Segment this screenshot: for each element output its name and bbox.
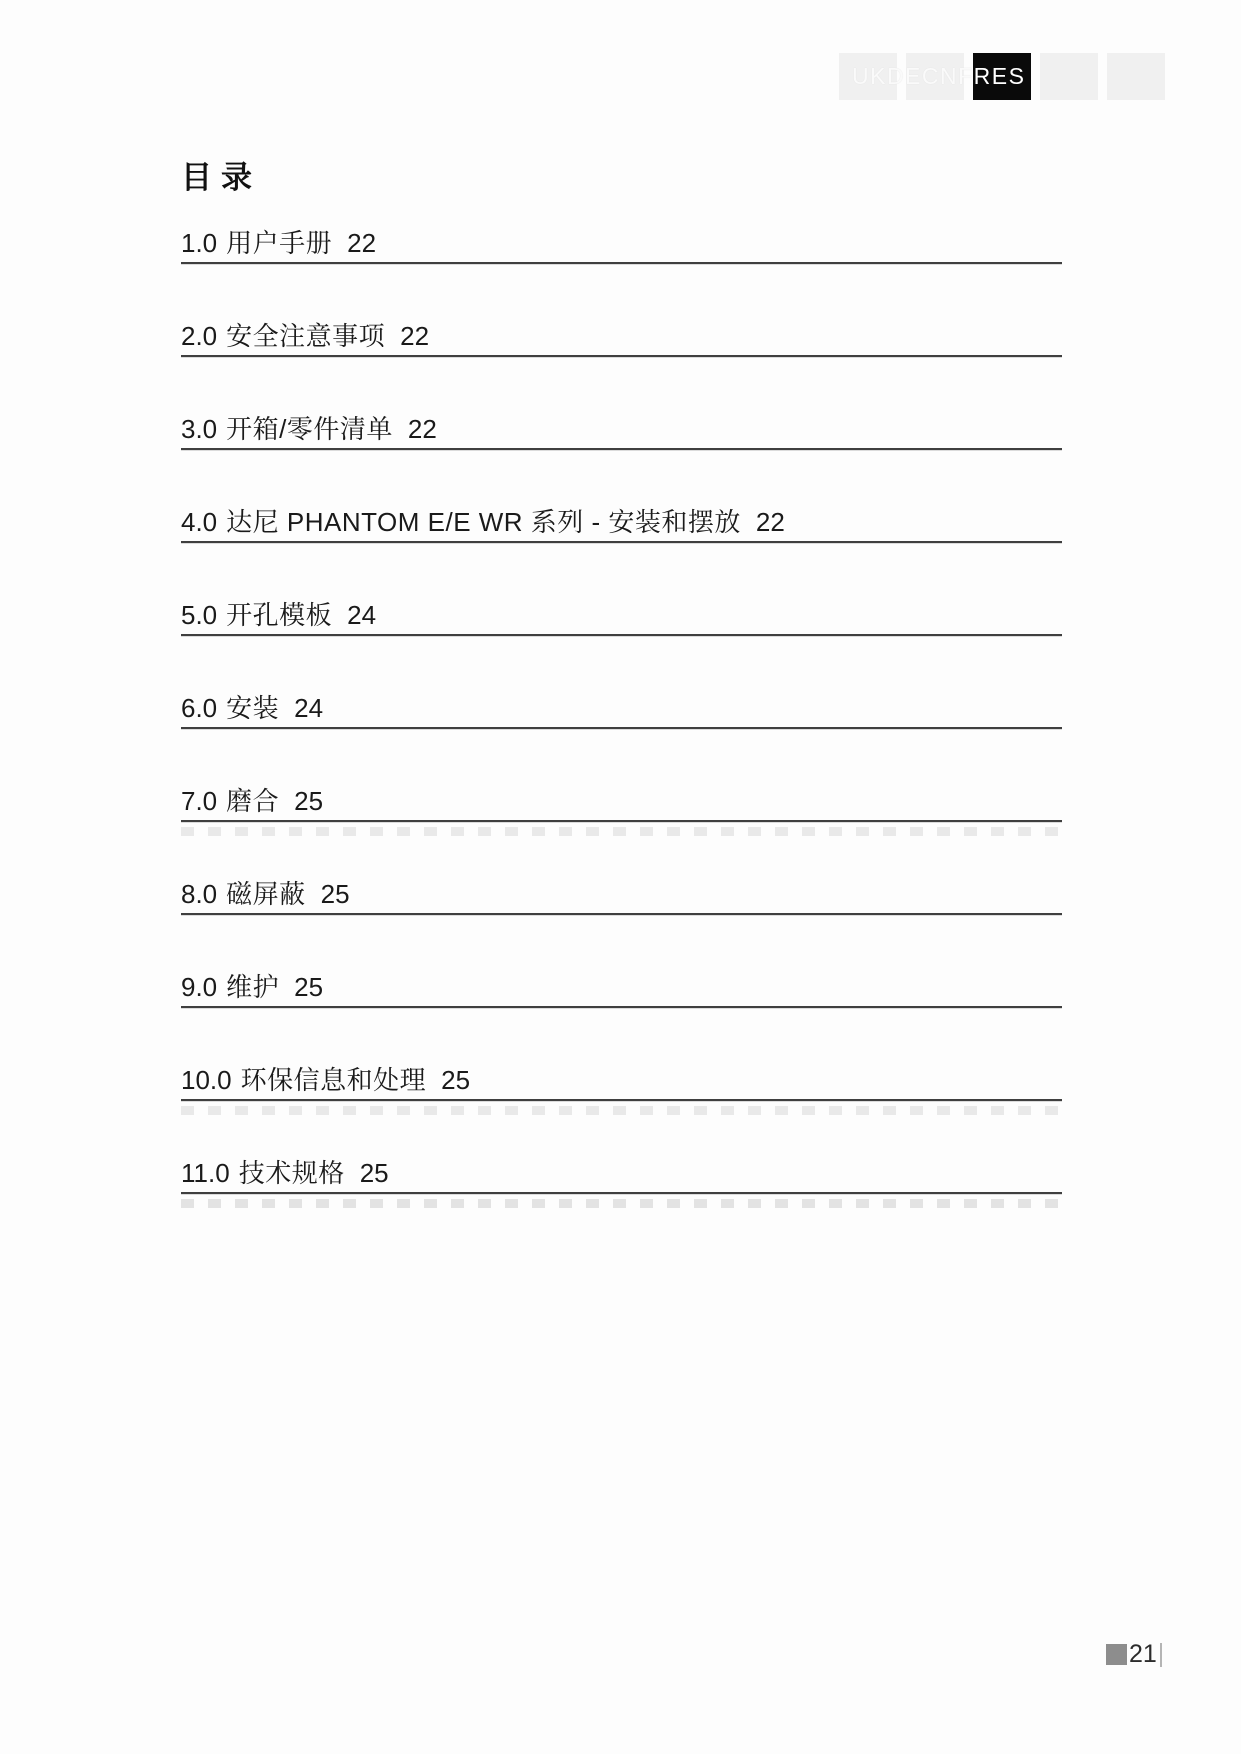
toc-entry-number: 7.0: [181, 786, 217, 816]
toc-entry: 7.0磨合25: [181, 784, 1062, 877]
toc-entry-number: 10.0: [181, 1065, 232, 1095]
toc-entry-number: 2.0: [181, 321, 217, 351]
toc-entry-title: 安全注意事项: [226, 321, 385, 351]
language-tab-fr: [1040, 53, 1098, 100]
toc-entry-text: 3.0开箱/零件清单22: [181, 412, 1062, 446]
page-footer: 21: [1106, 1642, 1162, 1667]
toc-entry-page: 24: [294, 693, 323, 723]
toc-rule: [181, 820, 1062, 822]
toc-entry: 2.0安全注意事项22: [181, 319, 1062, 412]
toc-entry-text: 8.0磁屏蔽25: [181, 877, 1062, 911]
toc-entry-number: 11.0: [181, 1158, 230, 1188]
language-tab-uk: [839, 53, 897, 100]
language-tab-de: [906, 53, 964, 100]
toc-entry: 9.0维护25: [181, 970, 1062, 1063]
toc-rule: [181, 355, 1062, 357]
toc-entry-title: 开箱/零件清单: [226, 414, 393, 444]
toc-entry: 5.0开孔模板24: [181, 598, 1062, 691]
language-tab-cn: [973, 53, 1031, 100]
toc-entry: 8.0磁屏蔽25: [181, 877, 1062, 970]
toc-rule: [181, 541, 1062, 543]
toc-entry-page: 25: [441, 1065, 470, 1095]
toc-entry-page: 22: [408, 414, 437, 444]
toc-entry-text: 11.0技术规格25: [181, 1156, 1062, 1190]
toc-entry-text: 6.0安装24: [181, 691, 1062, 725]
toc-entry-page: 25: [294, 786, 323, 816]
toc-entry-text: 9.0维护25: [181, 970, 1062, 1004]
toc-entry-page: 25: [321, 879, 350, 909]
toc-entry-title: 环保信息和处理: [241, 1065, 427, 1095]
toc-rule: [181, 727, 1062, 729]
toc-entry-text: 1.0用户手册22: [181, 226, 1062, 260]
toc-entry: 4.0达尼 PHANTOM E/E WR 系列 - 安装和摆放22: [181, 505, 1062, 598]
language-tabs: UKDECNFRES: [839, 53, 1165, 100]
toc-entry-title: 技术规格: [239, 1158, 345, 1188]
toc-rule: [181, 913, 1062, 915]
page-marker-square-icon: [1106, 1644, 1127, 1665]
toc-entry-title: 达尼 PHANTOM E/E WR 系列 - 安装和摆放: [226, 507, 741, 537]
toc-entry-text: 5.0开孔模板24: [181, 598, 1062, 632]
toc-rule: [181, 1006, 1062, 1008]
toc-entry-title: 维护: [226, 972, 279, 1002]
toc-entry-page: 24: [347, 600, 376, 630]
page-number-divider: [1160, 1643, 1162, 1667]
toc-entry: 1.0用户手册22: [181, 226, 1062, 319]
language-tab-es: [1107, 53, 1165, 100]
toc-entry-text: 7.0磨合25: [181, 784, 1062, 818]
toc-rule: [181, 634, 1062, 636]
toc-rule: [181, 448, 1062, 450]
toc-entry-title: 安装: [226, 693, 279, 723]
toc-entry-number: 9.0: [181, 972, 217, 1002]
page-title: 目录: [181, 158, 261, 198]
toc-entry-number: 8.0: [181, 879, 217, 909]
toc-entry-text: 2.0安全注意事项22: [181, 319, 1062, 353]
toc-entry-number: 6.0: [181, 693, 217, 723]
toc-entry-number: 1.0: [181, 228, 217, 258]
toc-entry: 6.0安装24: [181, 691, 1062, 784]
toc-list: 1.0用户手册222.0安全注意事项223.0开箱/零件清单224.0达尼 PH…: [181, 226, 1062, 1249]
toc-entry-number: 5.0: [181, 600, 217, 630]
toc-entry: 3.0开箱/零件清单22: [181, 412, 1062, 505]
toc-entry-page: 22: [400, 321, 429, 351]
toc-entry-title: 开孔模板: [226, 600, 332, 630]
toc-entry-title: 磁屏蔽: [226, 879, 306, 909]
toc-rule: [181, 1192, 1062, 1194]
toc-entry-page: 22: [756, 507, 785, 537]
page-number: 21: [1129, 1642, 1157, 1667]
toc-entry-text: 4.0达尼 PHANTOM E/E WR 系列 - 安装和摆放22: [181, 505, 1062, 539]
toc-entry-number: 3.0: [181, 414, 217, 444]
toc-entry-page: 25: [294, 972, 323, 1002]
toc-entry: 11.0技术规格25: [181, 1156, 1062, 1249]
toc-entry-title: 用户手册: [226, 228, 332, 258]
toc-rule: [181, 1099, 1062, 1101]
toc-entry-page: 25: [360, 1158, 389, 1188]
toc-entry: 10.0环保信息和处理25: [181, 1063, 1062, 1156]
toc-entry-page: 22: [347, 228, 376, 258]
toc-entry-text: 10.0环保信息和处理25: [181, 1063, 1062, 1097]
toc-entry-title: 磨合: [226, 786, 279, 816]
toc-rule: [181, 262, 1062, 264]
toc-entry-number: 4.0: [181, 507, 217, 537]
